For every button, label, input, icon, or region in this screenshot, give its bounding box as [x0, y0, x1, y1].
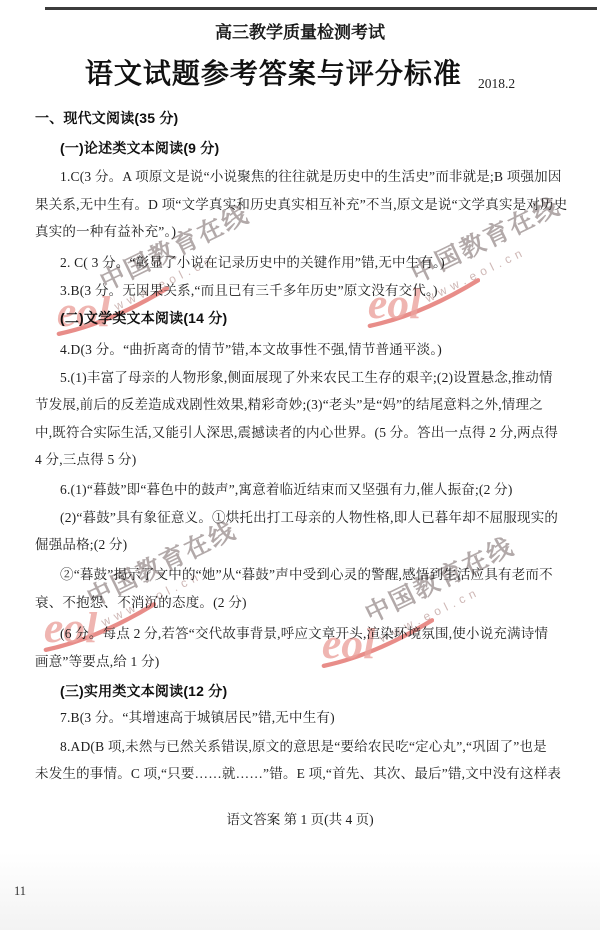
answer-line: 8.AD(B 项,未然与已然关系错误,原文的意思是“要给农民吃“定心丸”,“巩固… — [60, 738, 547, 756]
answer-line: 衰、不抱怨、不消沉的态度。(2 分) — [35, 594, 247, 612]
answer-line: (2)“暮鼓”具有象征意义。①烘托出打工母亲的人物性格,即人已暮年却不屈服现实的 — [60, 509, 558, 527]
answer-line: 7.B(3 分。“其增速高于城镇居民”错,无中生有) — [60, 709, 335, 727]
answer-line: 果关系,无中生有。D 项“文学真实和历史真实相互补充”不当,原文是说“文学真实是… — [35, 196, 567, 214]
section-heading: (一)论述类文本阅读(9 分) — [60, 139, 219, 157]
title-row: 语文试题参考答案与评分标准2018.2 — [0, 52, 600, 92]
exam-date: 2018.2 — [478, 76, 515, 91]
section-heading: (三)实用类文本阅读(12 分) — [60, 682, 227, 700]
answer-line: 4 分,三点得 5 分) — [35, 451, 136, 469]
answer-line: ②“暮鼓”揭示了文中的“她”从“暮鼓”声中受到心灵的警醒,感悟到生活应具有老而不 — [60, 566, 553, 584]
answer-line: 未发生的事情。C 项,“只要……就……”错。E 项,“首先、其次、最后”错,文中… — [35, 765, 561, 783]
top-border-rule — [45, 7, 597, 10]
eol-logo-icon: eol — [320, 614, 434, 674]
section-heading: (二)文学类文本阅读(14 分) — [60, 309, 227, 327]
answer-line: 倔强品格;(2 分) — [35, 536, 127, 554]
answer-line: 2. C( 3 分。“彰显了小说在记录历史中的关键作用”错,无中生有。) — [60, 254, 445, 272]
page-footer: 语文答案 第 1 页(共 4 页) — [0, 808, 600, 828]
answer-line: 真实的一种有益补充”。) — [35, 223, 176, 241]
answer-line: 4.D(3 分。“曲折离奇的情节”错,本文故事性不强,情节普通平淡。) — [60, 341, 442, 359]
answer-line: (6 分。每点 2 分,若答“交代故事背景,呼应文章开头,渲染环境氛围,使小说充… — [60, 625, 548, 643]
answer-line: 节发展,前后的反差造成戏剧性效果,精彩奇妙;(3)“老头”是“妈”的结尾意料之外… — [35, 396, 543, 414]
page-title: 语文试题参考答案与评分标准 — [85, 58, 462, 89]
answer-line: 1.C(3 分。A 项原文是说“小说聚焦的往往就是历史中的生活史”而非就是;B … — [60, 168, 562, 186]
answer-line: 3.B(3 分。无因果关系,“而且已有三千多年历史”原文没有交代。) — [60, 282, 438, 300]
scan-edge-shade — [0, 852, 600, 930]
answer-line: 6.(1)“暮鼓”即“暮色中的鼓声”,寓意着临近结束而又坚强有力,催人振奋;(2… — [60, 481, 513, 499]
watermark: 中国教育在线 www.eol.cn eol — [366, 216, 600, 341]
section-heading: 一、现代文阅读(35 分) — [35, 109, 178, 127]
answer-line: 中,既符合实际生活,又能引人深思,震撼读者的内心世界。(5 分。答出一点得 2 … — [35, 424, 558, 442]
answer-line: 画意”等要点,给 1 分) — [35, 653, 159, 671]
scanned-answer-sheet: 中国教育在线 www.eol.cn eol 中国教育在线 www.eol.cn … — [0, 0, 600, 930]
scan-page-number: 11 — [14, 884, 26, 899]
exam-session-title: 高三教学质量检测考试 — [0, 18, 600, 43]
answer-line: 5.(1)丰富了母亲的人物形象,侧面展现了外来农民工生存的艰辛;(2)设置悬念,… — [60, 369, 553, 387]
